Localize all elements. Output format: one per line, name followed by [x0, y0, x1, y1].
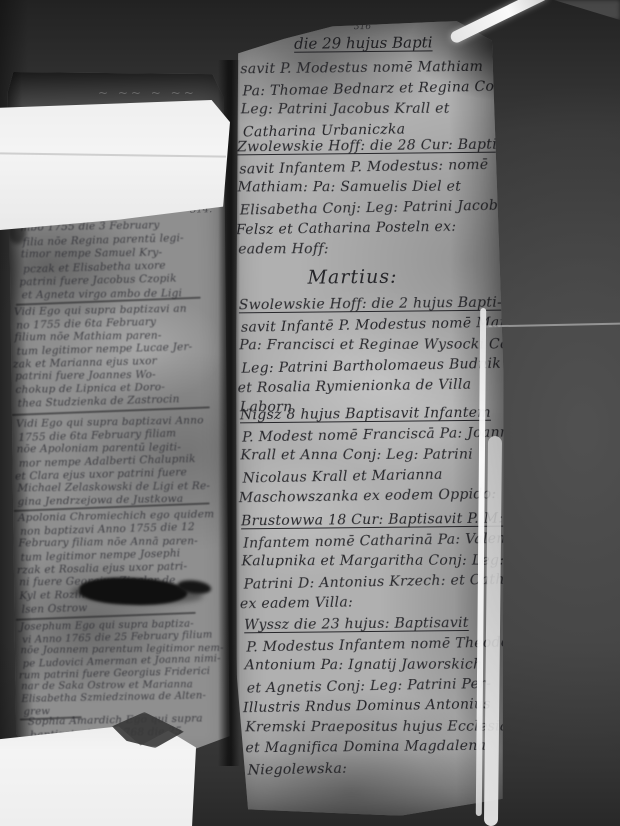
- register-entry: Vidi Ego qui supra baptizavi anno 1755 d…: [14, 303, 192, 410]
- register-entry: savit P. Modestus nomē MathiamPa: Thomae…: [240, 56, 512, 141]
- right-page-number: 316: [354, 22, 371, 32]
- microfilm-frame: ~ ~~ ~ ~~ 314. mbo 1755 die 3 Februaryfi…: [0, 0, 620, 826]
- film-scratch-line: [486, 323, 620, 328]
- entry-date-line: die 29 hujus Bapti: [294, 33, 433, 52]
- corner-light-wedge: [554, 0, 620, 20]
- light-streak: [449, 0, 550, 45]
- register-entry: Vidi Ego qui supra baptizavi Anno1755 di…: [16, 414, 211, 509]
- paper-crease-line: [0, 152, 226, 157]
- register-entry: Zwolewskie Hoff: die 28 Cur: Bapti-savit…: [237, 134, 513, 260]
- register-entry: Swolewskie Hoff: die 2 hujus Bapti-savit…: [239, 292, 546, 418]
- register-entry: Josephum Ego qui supra baptiza-vi Anno 1…: [20, 618, 225, 718]
- right-manuscript-page: 316 die 29 hujus Bapti savit P. Modestus…: [230, 21, 508, 818]
- register-entry: mbo 1755 die 3 Februaryfilia nōe Regina …: [20, 219, 183, 303]
- faint-writing-marks: ~ ~~ ~ ~~: [98, 86, 197, 100]
- month-heading: Martius:: [232, 265, 472, 290]
